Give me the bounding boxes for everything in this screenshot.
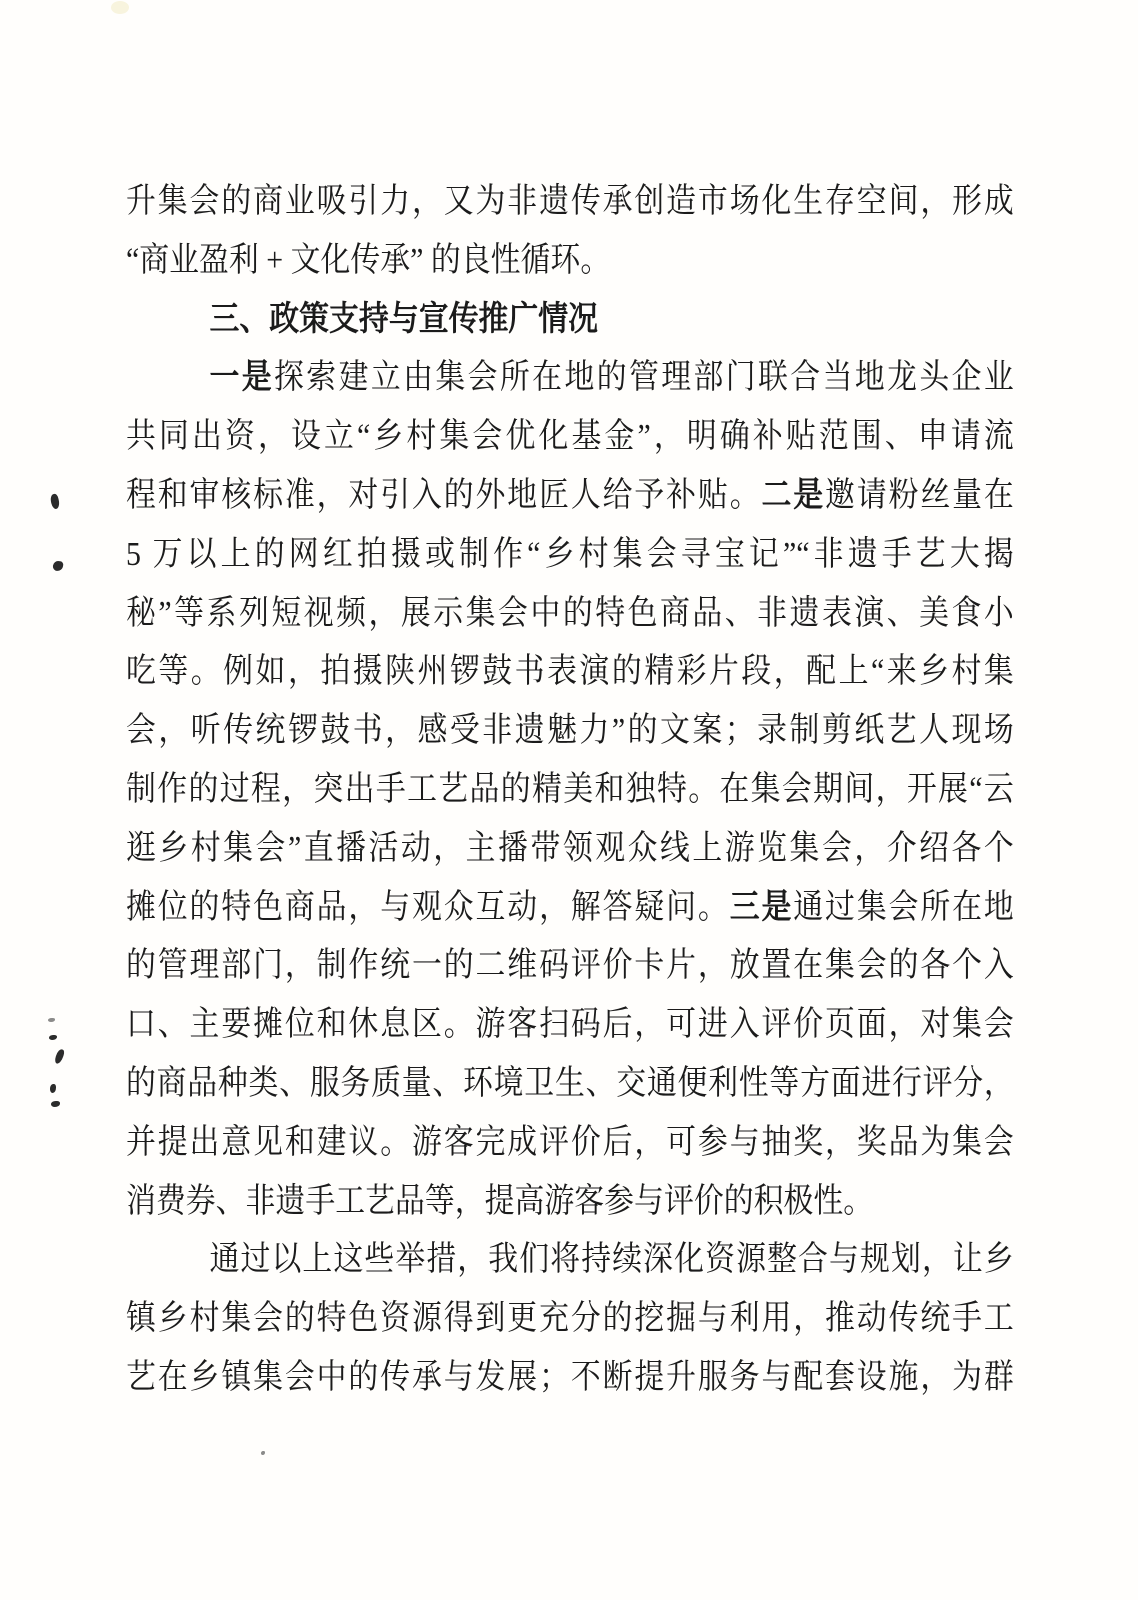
line-text: 三、政策支持与宣传推广情况 — [210, 301, 599, 338]
scanned-document-page: 升集会的商业吸引力，又为非遗传承创造市场化生存空间，形成“商业盈利 + 文化传承… — [0, 0, 1138, 1600]
text-line: 会，听传统锣鼓书，感受非遗魅力”的文案；录制剪纸艺人现场 — [126, 702, 1014, 761]
line-text: 并提出意见和建议。游客完成评价后，可参与抽奖，奖品为集会 — [126, 1124, 1014, 1161]
line-text: 消费券、非遗手工艺品等，提高游客参与评价的积极性。 — [126, 1183, 873, 1220]
line-text: 探索建立由集会所在地的管理部门联合当地龙头企业 — [274, 359, 1014, 396]
line-text: 会，听传统锣鼓书，感受非遗魅力”的文案；录制剪纸艺人现场 — [126, 712, 1014, 749]
line-text: 镇乡村集会的特色资源得到更充分的挖掘与利用，推动传统手工 — [126, 1300, 1014, 1337]
text-line: 一是探索建立由集会所在地的管理部门联合当地龙头企业 — [126, 349, 1014, 408]
text-line: 程和审核标准，对引入的外地匠人给予补贴。二是邀请粉丝量在 — [126, 467, 1014, 526]
line-text: 的商品种类、服务质量、环境卫生、交通便利性等方面进行评分， — [126, 1065, 1014, 1102]
text-line: 口、主要摊位和休息区。游客扫码后，可进入评价页面，对集会 — [126, 996, 1014, 1055]
ink-speck — [49, 1035, 57, 1040]
line-text: 通过以上这些举措，我们将持续深化资源整合与规划，让乡 — [210, 1241, 1014, 1278]
line-text: 口、主要摊位和休息区。游客扫码后，可进入评价页面，对集会 — [126, 1006, 1014, 1043]
text-line: 消费券、非遗手工艺品等，提高游客参与评价的积极性。 — [126, 1173, 1014, 1232]
line-text: 逛乡村集会”直播活动，主播带领观众线上游览集会，介绍各个 — [126, 830, 1014, 867]
ink-speck — [48, 1018, 55, 1022]
text-line: 逛乡村集会”直播活动，主播带领观众线上游览集会，介绍各个 — [126, 820, 1014, 879]
document-body: 升集会的商业吸引力，又为非遗传承创造市场化生存空间，形成“商业盈利 + 文化传承… — [126, 173, 1014, 1408]
ink-speck — [51, 1101, 60, 1107]
bold-marker-text: 一是 — [210, 359, 275, 396]
line-text: 升集会的商业吸引力，又为非遗传承创造市场化生存空间，形成 — [126, 183, 1014, 220]
text-line: 制作的过程，突出手工艺品的精美和独特。在集会期间，开展“云 — [126, 761, 1014, 820]
text-line: 的管理部门，制作统一的二维码评价卡片，放置在集会的各个入 — [126, 937, 1014, 996]
text-line: 的商品种类、服务质量、环境卫生、交通便利性等方面进行评分， — [126, 1055, 1014, 1114]
line-text: 通过集会所在地 — [793, 889, 1014, 926]
line-text: 邀请粉丝量在 — [825, 477, 1014, 514]
line-text: 吃等。例如，拍摄陕州锣鼓书表演的精彩片段，配上“来乡村集 — [126, 653, 1014, 690]
ink-speck — [54, 1048, 65, 1064]
text-line: 秘”等系列短视频，展示集会中的特色商品、非遗表演、美食小 — [126, 585, 1014, 644]
text-line: 镇乡村集会的特色资源得到更充分的挖掘与利用，推动传统手工 — [126, 1290, 1014, 1349]
line-text: 5 万以上的网红拍摄或制作“乡村集会寻宝记”“非遗手艺大揭 — [126, 536, 1014, 573]
text-line: 升集会的商业吸引力，又为非遗传承创造市场化生存空间，形成 — [126, 173, 1014, 232]
line-text: 程和审核标准，对引入的外地匠人给予补贴。 — [126, 477, 761, 514]
bold-marker-text: 二是 — [761, 477, 825, 514]
text-line: 吃等。例如，拍摄陕州锣鼓书表演的精彩片段，配上“来乡村集 — [126, 643, 1014, 702]
line-text: “商业盈利 + 文化传承” 的良性循环。 — [126, 242, 610, 279]
line-text: 制作的过程，突出手工艺品的精美和独特。在集会期间，开展“云 — [126, 771, 1014, 808]
text-line: “商业盈利 + 文化传承” 的良性循环。 — [126, 232, 1014, 291]
ink-speck — [52, 560, 63, 571]
text-line: 5 万以上的网红拍摄或制作“乡村集会寻宝记”“非遗手艺大揭 — [126, 526, 1014, 585]
line-text: 秘”等系列短视频，展示集会中的特色商品、非遗表演、美食小 — [126, 595, 1014, 632]
line-text: 共同出资，设立“乡村集会优化基金”，明确补贴范围、申请流 — [126, 418, 1014, 455]
line-text: 艺在乡镇集会中的传承与发展；不断提升服务与配套设施，为群 — [126, 1359, 1014, 1396]
ink-speck — [49, 493, 60, 509]
text-line: 艺在乡镇集会中的传承与发展；不断提升服务与配套设施，为群 — [126, 1349, 1014, 1408]
text-line: 通过以上这些举措，我们将持续深化资源整合与规划，让乡 — [126, 1231, 1014, 1290]
line-text: 的管理部门，制作统一的二维码评价卡片，放置在集会的各个入 — [126, 947, 1014, 984]
text-line: 并提出意见和建议。游客完成评价后，可参与抽奖，奖品为集会 — [126, 1114, 1014, 1173]
line-text: 摊位的特色商品，与观众互动，解答疑问。 — [126, 889, 730, 926]
bold-marker-text: 三是 — [730, 889, 794, 926]
text-line: 共同出资，设立“乡村集会优化基金”，明确补贴范围、申请流 — [126, 408, 1014, 467]
text-line: 摊位的特色商品，与观众互动，解答疑问。三是通过集会所在地 — [126, 879, 1014, 938]
ink-speck — [50, 1084, 56, 1093]
ink-speck — [261, 1451, 265, 1455]
section-heading: 三、政策支持与宣传推广情况 — [126, 291, 1014, 350]
scan-stain — [111, 1, 129, 14]
